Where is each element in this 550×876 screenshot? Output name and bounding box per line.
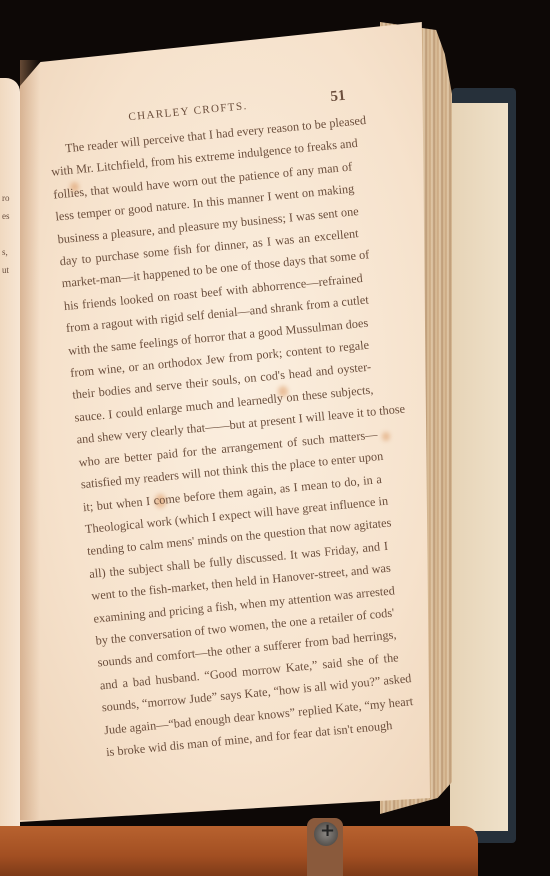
left-page-edge: ro es s, ut: [0, 78, 20, 838]
page-text: CHARLEY CROFTS. 51 The reader will perce…: [46, 88, 406, 764]
left-page-fragment: ut: [2, 262, 9, 279]
foxing-stain: [382, 432, 390, 441]
wooden-easel-ledge: [0, 826, 478, 876]
left-page-fragment: s,: [2, 244, 8, 261]
screw-icon: [314, 822, 338, 846]
book-photo: ro es s, ut CHARLEY CROFTS. 51 The reade…: [0, 0, 550, 876]
page-number: 51: [330, 88, 347, 106]
left-page-fragment: es: [2, 208, 10, 225]
gutter-shadow: [20, 60, 40, 820]
left-page-fragment: ro: [2, 190, 10, 207]
endpaper: [450, 103, 508, 831]
